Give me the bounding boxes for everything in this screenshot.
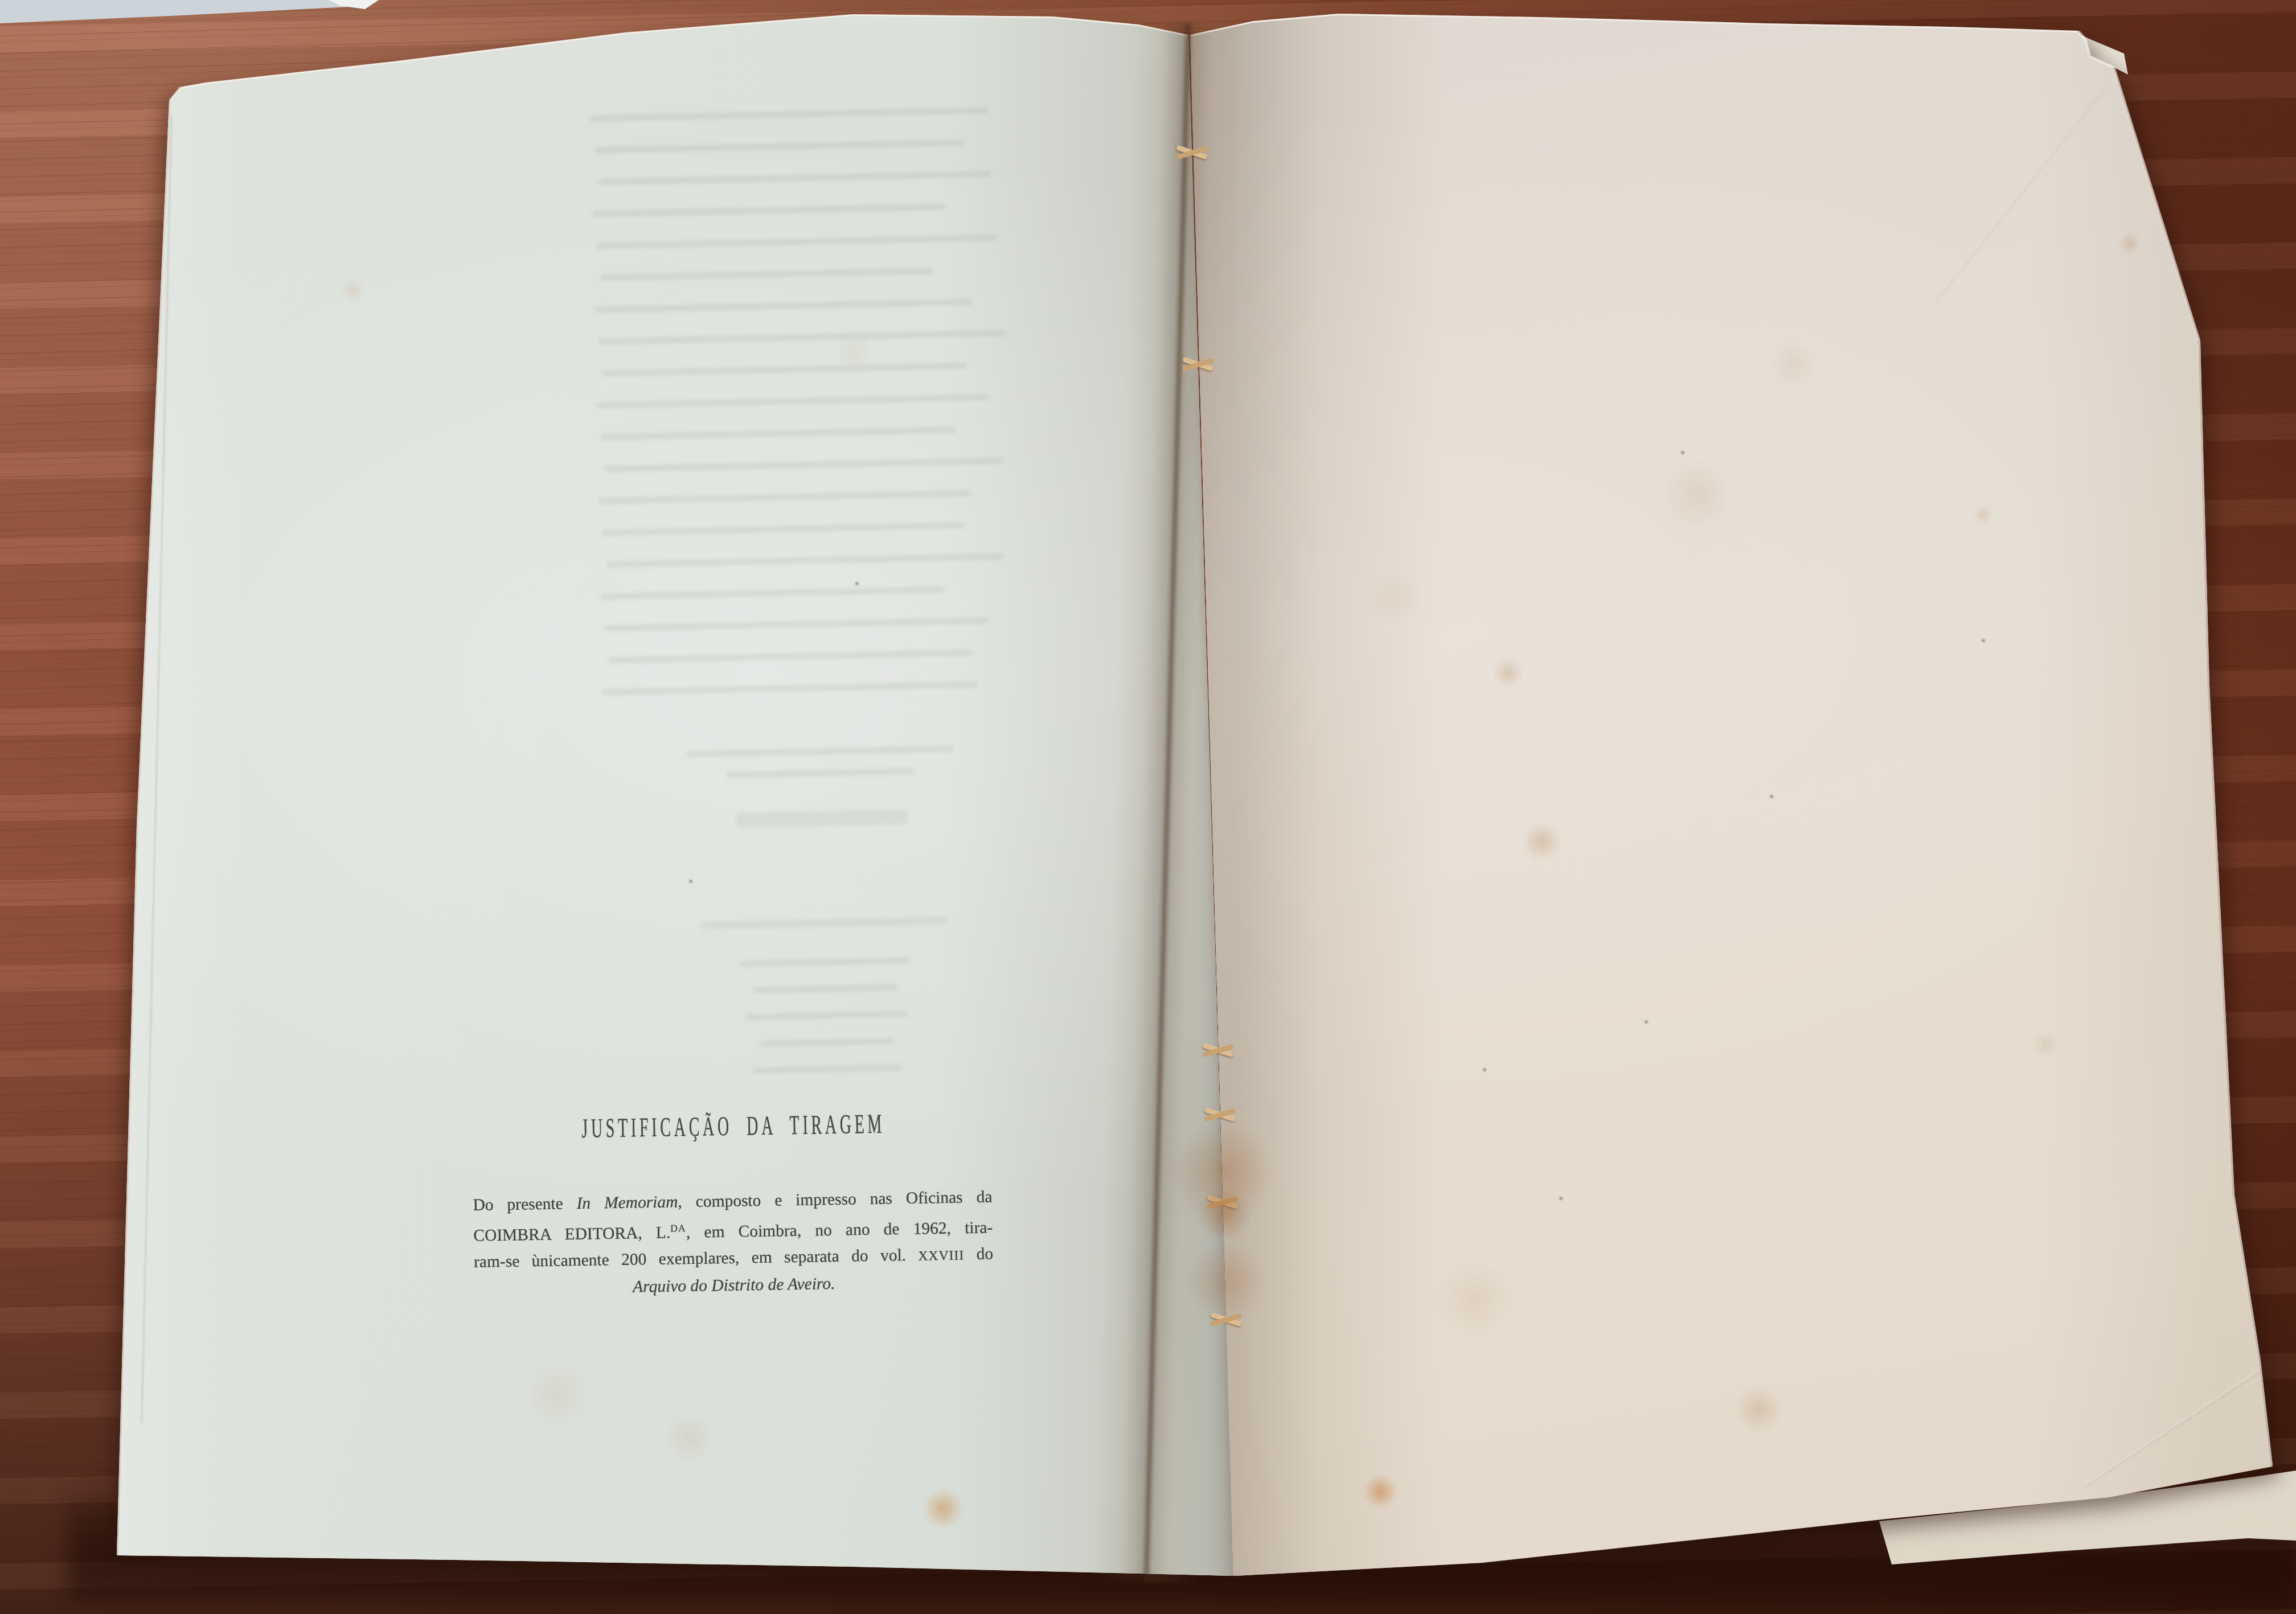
foxing-spot	[2033, 1032, 2058, 1057]
binding-stitch	[1176, 145, 1208, 161]
binding-stitch	[1182, 356, 1215, 372]
dust-speck	[1559, 1197, 1563, 1200]
dust-speck	[1681, 451, 1684, 454]
foxing-spot	[1974, 506, 1992, 524]
foxing-spot	[1363, 1475, 1397, 1509]
foxing-spot	[1493, 658, 1523, 688]
dust-speck	[1483, 1068, 1486, 1071]
right-page-corner-crease	[2084, 1365, 2266, 1486]
binding-stitch	[1204, 1107, 1236, 1123]
foxing-spot	[2119, 233, 2140, 254]
foxing-spot	[1367, 569, 1424, 626]
binding-stitch	[1202, 1042, 1235, 1058]
foxing-spot	[1660, 458, 1733, 531]
photo-open-book-on-wood-table: JUSTIFICAÇÃO DA TIRAGEM Do presente In M…	[0, 0, 2296, 1614]
dust-speck	[1645, 1020, 1648, 1024]
foxing-spot	[1186, 1242, 1265, 1322]
right-page-top-crease	[1936, 86, 2108, 303]
foxing-spot	[1771, 342, 1817, 387]
foxing-spot	[1523, 822, 1561, 861]
dust-speck	[1982, 639, 1985, 642]
dust-speck	[1770, 795, 1773, 798]
foxing-spot	[1197, 1186, 1252, 1241]
foxing-spot	[1733, 1385, 1783, 1435]
foxing-spot	[1435, 1260, 1515, 1340]
